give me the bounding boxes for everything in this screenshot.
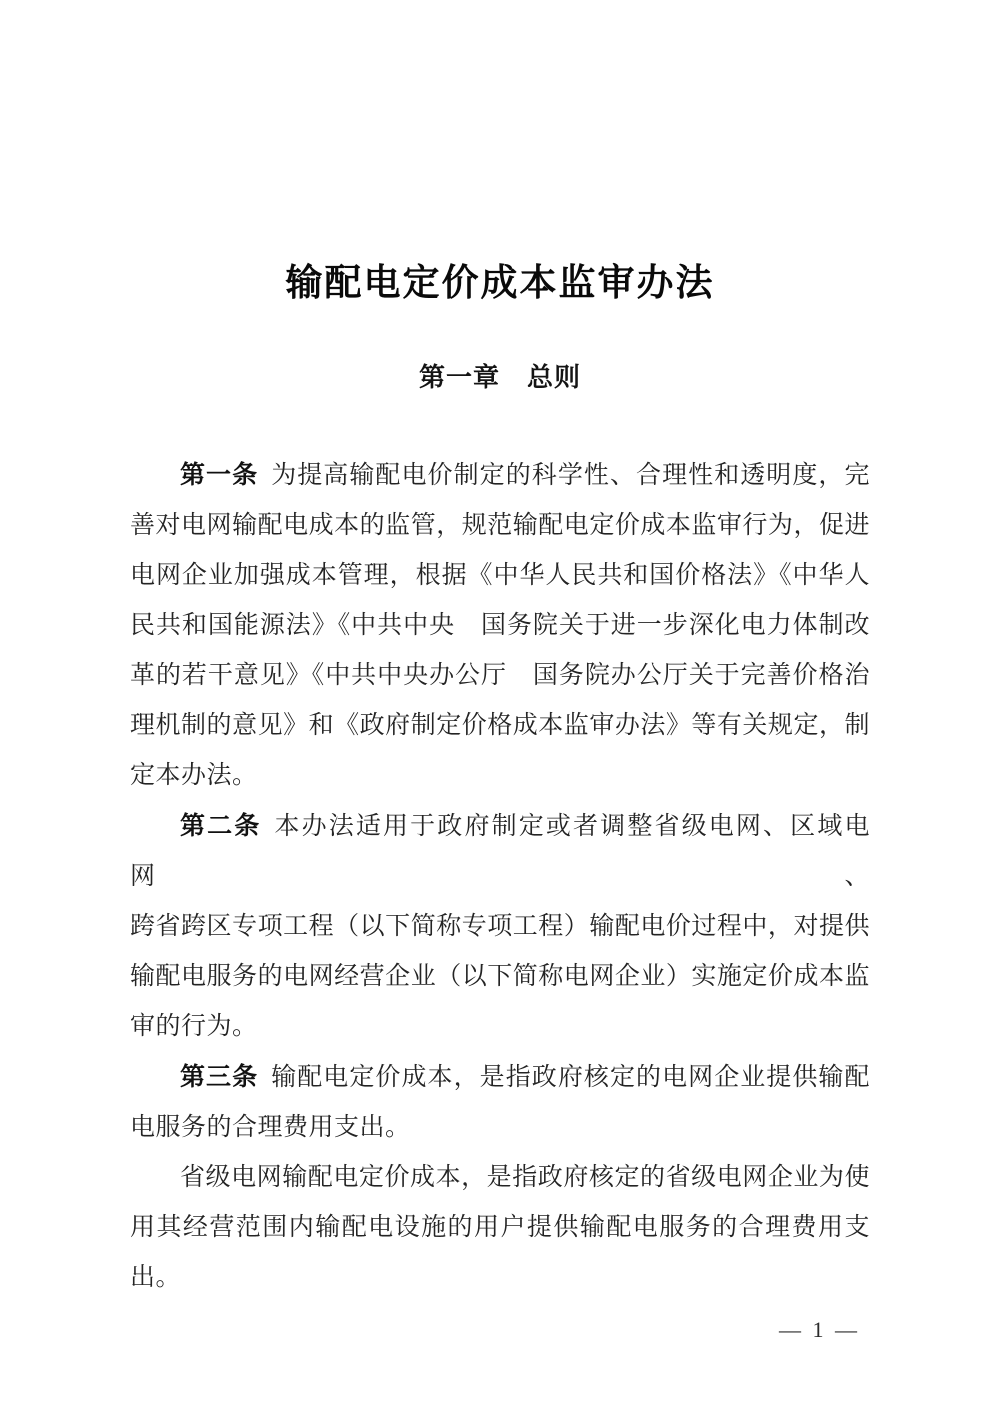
body-line-text: 用其经营范围内输配电设施的用户提供输配电服务的合理费用支 (130, 1214, 870, 1241)
body-line-text: 民共和国能源法》《中共中央 国务院关于进一步深化电力体制改 (130, 612, 870, 639)
body-line-text: 出。 (130, 1264, 181, 1291)
body-line-text: 善对电网输配电成本的监管，规范输配电定价成本监审行为，促进 (130, 512, 870, 539)
body-line-text: 为提高输配电价制定的科学性、合理性和透明度，完 (271, 462, 870, 489)
article-number: 第三条 (180, 1063, 258, 1091)
body-line: 定本办法。 (130, 751, 870, 801)
body-line: 用其经营范围内输配电设施的用户提供输配电服务的合理费用支 (130, 1203, 870, 1253)
body-line: 第三条输配电定价成本，是指政府核定的电网企业提供输配 (130, 1052, 870, 1103)
body-line: 输配电服务的电网经营企业（以下简称电网企业）实施定价成本监 (130, 952, 870, 1002)
body-line: 出。 (130, 1253, 870, 1303)
body-line: 第一条为提高输配电价制定的科学性、合理性和透明度，完 (130, 450, 870, 501)
page-number: — 1 — (130, 1317, 870, 1343)
body-line-text: 革的若干意见》《中共中央办公厅 国务院办公厅关于完善价格治 (130, 662, 870, 689)
body-line-text: 电网企业加强成本管理，根据《中华人民共和国价格法》《中华人 (130, 562, 870, 589)
body-line: 电网企业加强成本管理，根据《中华人民共和国价格法》《中华人 (130, 551, 870, 601)
chapter-heading: 第一章 总则 (130, 361, 870, 395)
body-line: 跨省跨区专项工程（以下简称专项工程）输配电价过程中，对提供 (130, 902, 870, 952)
body-line: 审的行为。 (130, 1002, 870, 1052)
body-line-text: 理机制的意见》和《政府制定价格成本监审办法》等有关规定，制 (130, 712, 870, 739)
article-number: 第一条 (180, 461, 258, 489)
body-line: 善对电网输配电成本的监管，规范输配电定价成本监审行为，促进 (130, 501, 870, 551)
body-line-text: 输配电定价成本，是指政府核定的电网企业提供输配 (271, 1064, 870, 1091)
body-line-text: 电服务的合理费用支出。 (130, 1114, 411, 1141)
body-line-text: 定本办法。 (130, 762, 258, 789)
body-line: 省级电网输配电定价成本，是指政府核定的省级电网企业为使 (130, 1153, 870, 1203)
body-line-text: 省级电网输配电定价成本，是指政府核定的省级电网企业为使 (180, 1164, 870, 1191)
document-body: 第一条为提高输配电价制定的科学性、合理性和透明度，完 善对电网输配电成本的监管，… (130, 450, 870, 1303)
body-line: 民共和国能源法》《中共中央 国务院关于进一步深化电力体制改 (130, 601, 870, 651)
body-line-text: 跨省跨区专项工程（以下简称专项工程）输配电价过程中，对提供 (130, 913, 870, 940)
document-title: 输配电定价成本监审办法 (130, 262, 870, 305)
article-number: 第二条 (180, 812, 261, 840)
body-line: 第二条本办法适用于政府制定或者调整省级电网、区域电网、 (130, 801, 870, 902)
body-line: 电服务的合理费用支出。 (130, 1103, 870, 1153)
document-page: 输配电定价成本监审办法 第一章 总则 第一条为提高输配电价制定的科学性、合理性和… (0, 0, 1000, 1414)
body-line: 革的若干意见》《中共中央办公厅 国务院办公厅关于完善价格治 (130, 651, 870, 701)
body-line-text: 审的行为。 (130, 1013, 258, 1040)
body-line: 理机制的意见》和《政府制定价格成本监审办法》等有关规定，制 (130, 701, 870, 751)
body-line-text: 输配电服务的电网经营企业（以下简称电网企业）实施定价成本监 (130, 963, 870, 990)
